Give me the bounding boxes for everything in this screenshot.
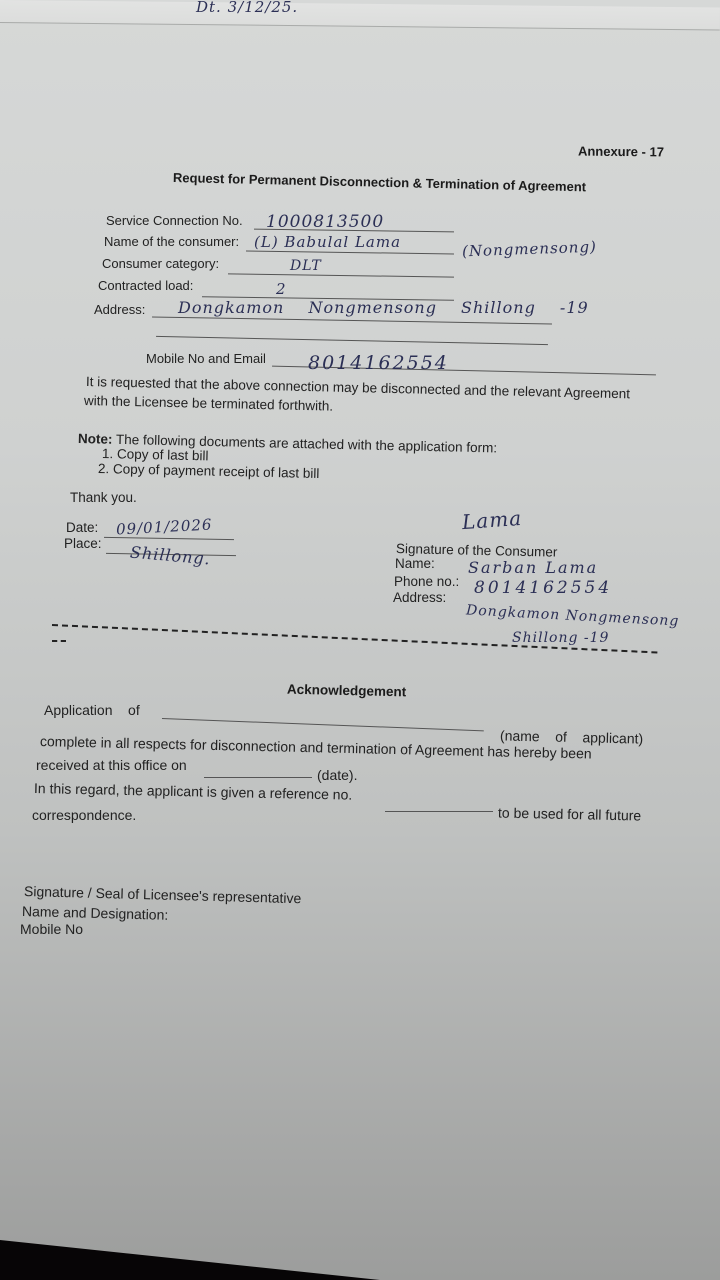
mobile-email-label: Mobile No and Email [146, 351, 266, 366]
address-field-value-line-2: Shillong -19 [512, 630, 609, 646]
date-value: 09/01/2026 [116, 515, 213, 538]
licensee-name-designation: Name and Designation: [22, 903, 169, 923]
consumer-name-note: (Nongmensong) [462, 238, 597, 261]
place-label: Place: [64, 536, 102, 551]
ack-application-of: Application of [44, 702, 140, 718]
consumer-signature-mark: Lama [461, 506, 523, 534]
ack-correspondence: correspondence. [32, 807, 136, 823]
ack-applicant-name-line [162, 718, 484, 731]
consumer-name-field-label: Name: [395, 556, 435, 571]
address-line-1 [152, 317, 552, 325]
thank-you-text: Thank you. [70, 490, 137, 505]
address-value: Dongkamon Nongmensong Shillong -19 [178, 298, 589, 317]
licensee-mobile: Mobile No [20, 921, 83, 937]
mobile-email-value: 8014162554 [308, 352, 449, 374]
ack-received-prefix: received at this office on [36, 757, 187, 773]
address-label: Address: [94, 302, 145, 317]
contracted-load-value: 2 [276, 280, 287, 298]
consumer-name-field-value: Sarban Lama [468, 558, 598, 577]
phone-value: 8014162554 [474, 578, 612, 598]
ack-reference-line [385, 811, 493, 812]
consumer-name-label: Name of the consumer: [104, 234, 239, 249]
consumer-name-value: (L) Babulal Lama [254, 233, 401, 251]
ack-date-line [204, 777, 312, 778]
note-item-2: 2. Copy of payment receipt of last bill [98, 461, 320, 481]
address-field-label: Address: [393, 590, 446, 605]
consumer-category-label: Consumer category: [102, 256, 219, 271]
annexure-label: Annexure - 17 [578, 144, 664, 160]
ack-reference-suffix: to be used for all future [498, 805, 642, 824]
dark-table-corner [0, 1240, 380, 1280]
consumer-category-line [228, 273, 454, 277]
document-title: Request for Permanent Disconnection & Te… [173, 170, 586, 194]
handwritten-date-note: Dt. 3/12/25. [196, 0, 298, 16]
acknowledgement-title: Acknowledgement [287, 682, 407, 700]
request-line-2: with the Licensee be terminated forthwit… [84, 393, 333, 414]
service-connection-label: Service Connection No. [106, 213, 243, 228]
service-connection-value: 1000813500 [266, 212, 384, 232]
section-divider-stub [52, 640, 66, 642]
note-label: Note: [78, 431, 113, 447]
phone-label: Phone no.: [394, 574, 459, 589]
contracted-load-label: Contracted load: [98, 278, 193, 293]
licensee-signature-label: Signature / Seal of Licensee's represent… [24, 883, 302, 906]
address-field-value-line-1: Dongkamon Nongmensong [466, 602, 680, 629]
ack-reference-prefix: In this regard, the applicant is given a… [34, 780, 353, 803]
ack-received-suffix: (date). [317, 767, 357, 783]
document-page: Dt. 3/12/25. Annexure - 17 Request for P… [0, 0, 720, 1280]
consumer-name-line [246, 251, 454, 255]
address-line-2 [156, 336, 548, 345]
date-label: Date: [66, 520, 98, 535]
place-value: Shillong. [129, 543, 211, 569]
consumer-category-value: DLT [290, 258, 322, 274]
